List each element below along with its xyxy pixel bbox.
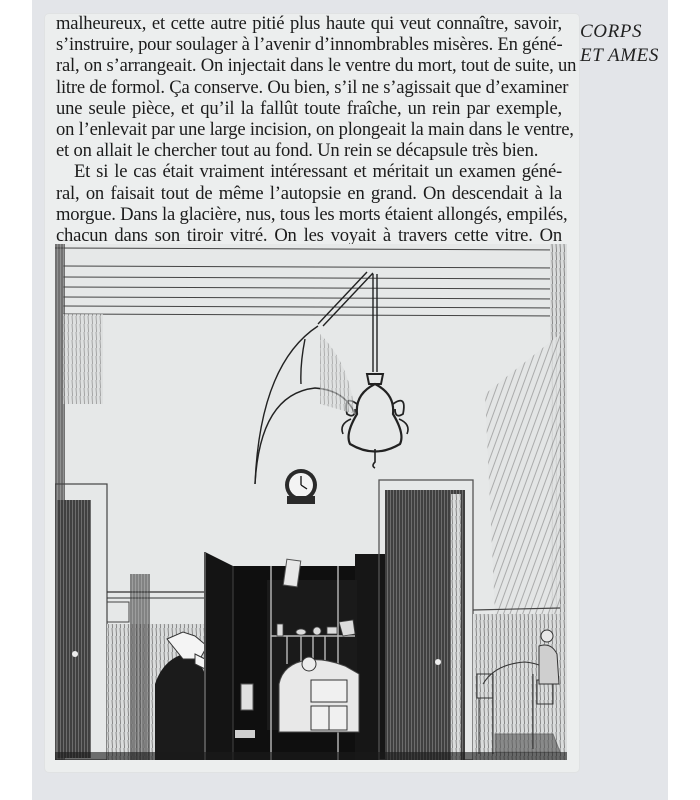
text-line: Et si le cas était vraiment intéressant …: [56, 161, 562, 182]
text-line: litre de formol. Ça conserve. Ou bien, s…: [56, 77, 562, 98]
wall-clock-icon: [285, 469, 317, 504]
text-line: s’instruire, pour soulager à l’avenir d’…: [56, 34, 562, 55]
right-door: [379, 480, 473, 760]
running-head-line-1: CORPS: [580, 20, 659, 44]
text-line: on l’enlevait par une large incision, on…: [56, 119, 562, 140]
paragraph-1: malheureux, et cette autre pitié plus ha…: [56, 13, 562, 161]
running-head-line-2: ET AMES: [580, 44, 659, 68]
text-line: malheureux, et cette autre pitié plus ha…: [56, 13, 562, 34]
paragraph-2: Et si le cas était vraiment intéressant …: [56, 161, 562, 246]
body-text: malheureux, et cette autre pitié plus ha…: [56, 13, 562, 246]
text-line: une seule pièce, et qu’il la fallût tout…: [56, 98, 562, 119]
text-line: morgue. Dans la glacière, nus, tous les …: [56, 204, 562, 225]
text-line: ral, on s’arrangeait. On injectait dans …: [56, 55, 562, 76]
text-line: et on allait le chercher tout au fond. U…: [56, 140, 562, 161]
mortuary-cabinet: [205, 552, 395, 760]
text-line: ral, on faisait tout de même l’autopsie …: [56, 183, 562, 204]
etching-illustration: [55, 244, 567, 760]
running-head: CORPS ET AMES: [580, 20, 659, 68]
